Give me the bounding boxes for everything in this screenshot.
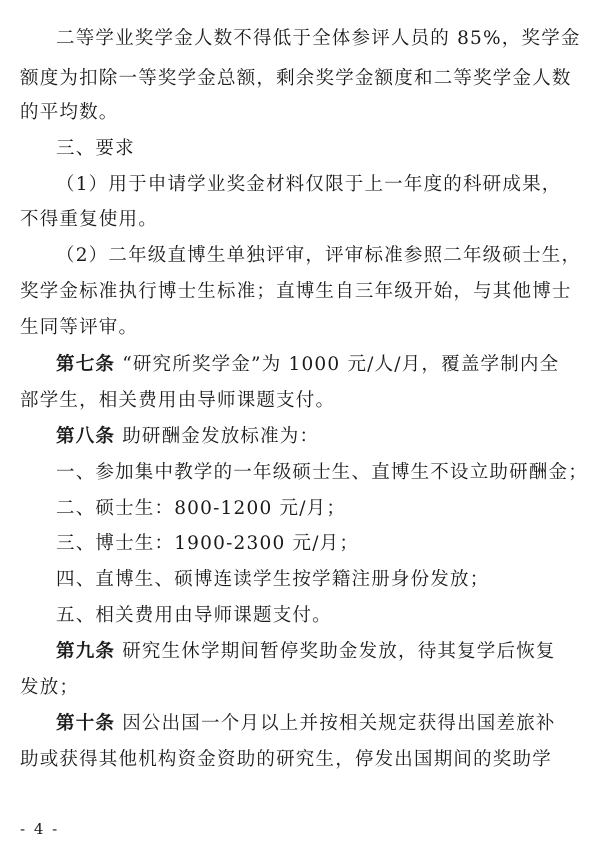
article-10-line: 第十条 因公出国一个月以上并按相关规定获得出国差旅补 bbox=[56, 712, 556, 736]
paragraph-line: 二等学业奖学金人数不得低于全体参评人员的 85%，奖学金 bbox=[56, 27, 581, 51]
article-text: 因公出国一个月以上并按相关规定获得出国差旅补 bbox=[115, 713, 555, 734]
paragraph-line: 助或获得其他机构资金资助的研究生，停发出国期间的奖助学 bbox=[20, 748, 552, 772]
paragraph-line: （1）用于申请学业奖金材料仅限于上一年度的科研成果， bbox=[56, 173, 561, 197]
article-text: “研究所奖学金”为 1000 元/人/月，覆盖学制内全 bbox=[115, 354, 559, 375]
article-text: 研究生休学期间暂停奖助金发放，待其复学后恢复 bbox=[115, 641, 555, 662]
paragraph-line: 不得重复使用。 bbox=[20, 208, 158, 232]
article-label: 第七条 bbox=[56, 354, 115, 375]
paragraph-line: 生同等评审。 bbox=[20, 316, 138, 340]
article-8-line: 第八条 助研酬金发放标准为： bbox=[56, 425, 319, 449]
article-7-line: 第七条 “研究所奖学金”为 1000 元/人/月，覆盖学制内全 bbox=[56, 353, 559, 377]
paragraph-line: 部学生，相关费用由导师课题支付。 bbox=[20, 389, 335, 413]
article-label: 第九条 bbox=[56, 641, 115, 662]
list-item: 四、直博生、硕博连读学生按学籍注册身份发放； bbox=[56, 568, 489, 592]
list-item: 一、参加集中教学的一年级硕士生、直博生不设立助研酬金； bbox=[56, 461, 588, 485]
paragraph-line: 的平均数。 bbox=[20, 101, 119, 125]
article-label: 第八条 bbox=[56, 426, 115, 447]
list-item: 二、硕士生：800-1200 元/月； bbox=[56, 497, 346, 521]
article-text: 助研酬金发放标准为： bbox=[115, 426, 319, 447]
list-item: 三、博士生：1900-2300 元/月； bbox=[56, 532, 359, 556]
paragraph-line: 发放； bbox=[20, 676, 79, 700]
paragraph-line: 额度为扣除一等奖学金总额，剩余奖学金额度和二等奖学金人数 bbox=[20, 67, 572, 91]
article-9-line: 第九条 研究生休学期间暂停奖助金发放，待其复学后恢复 bbox=[56, 640, 556, 664]
article-label: 第十条 bbox=[56, 713, 115, 734]
section-heading: 三、要求 bbox=[56, 137, 135, 161]
page-number: - 4 - bbox=[20, 820, 59, 838]
paragraph-line: 奖学金标准执行博士生标准；直博生自三年级开始，与其他博士 bbox=[20, 280, 572, 304]
paragraph-line: （2）二年级直博生单独评审，评审标准参照二年级硕士生， bbox=[56, 244, 581, 268]
list-item: 五、相关费用由导师课题支付。 bbox=[56, 604, 332, 628]
